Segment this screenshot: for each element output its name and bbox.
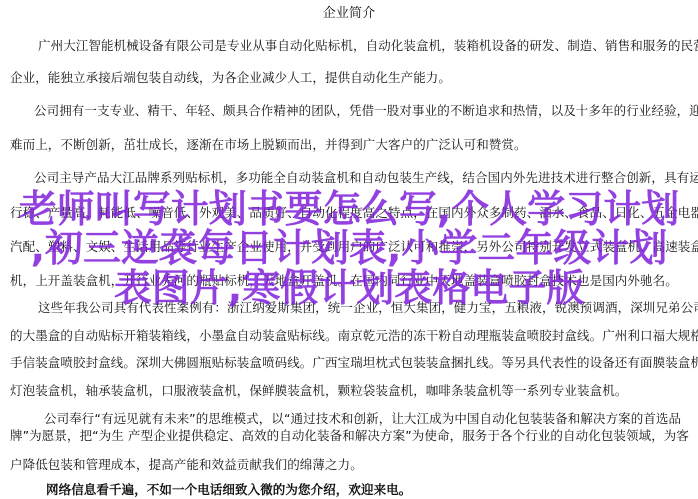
paragraph-line: 难而上，不断创新，茁壮成长，逐渐在市场上脱颖而出，并得到广大客户的广泛认可和赞赏… — [10, 137, 527, 153]
paragraph-line: 户降低包装和管理成本，提高产能和效益贡献我们的绵薄之力。 — [10, 457, 363, 473]
paragraph-line: 广州大江智能机械设备有限公司是专业从事自动化贴标机，自动化装盒机，装箱机设备的研… — [38, 38, 698, 54]
watermark-overlay-line-2: ,初三逆袭每日计划表,小学二年级计划 — [0, 227, 698, 269]
paragraph-line: 公司拥有一支专业、精干、年轻、颇具合作精神的团队，凭借一股对事业的不断追求和热情… — [34, 103, 698, 119]
paragraph-line: 企业，能独立承接后端包装自动线，为各企业减少人工，提供自动化生产能力。 — [10, 70, 451, 86]
paragraph-line: 灯泡装盒机，轴承装盒机，口服液装盒机，保鲜膜装盒机，颗粒袋装盒机，咖啡条装盒机等… — [10, 383, 627, 399]
contact-invitation: 网络信息看千遍，不如一个电话细致入微的为您介绍，欢迎来电。 — [46, 482, 411, 498]
paragraph-line: 牌”为愿景，把“为生 产型企业提供稳定、高效的自动化装备和解决方案”为使命，服务… — [10, 428, 689, 444]
paragraph-line: 公司主导产品大江品牌系列贴标机，多功能全自动装盒机和自动包装生产线，结合国内外先… — [34, 170, 698, 186]
watermark-overlay-line-3: 表图片,寒假计划表格电子版 — [0, 267, 698, 309]
paragraph-line: 手信装盒喷胶封盒线。深圳大佛圆瓶贴标装盒喷码线。广西宝瑞坦枕式包装装盒捆扎线。等… — [10, 355, 698, 371]
paragraph-line: 的大墨盒的自动贴标开箱装箱线，小墨盒自动装盒贴标线。南京乾元浩的冻干粉自动理瓶装… — [10, 328, 698, 344]
watermark-overlay-line-1: 老师叫写计划书要怎么写,个人学习计划 — [0, 188, 698, 230]
paragraph-line: 公司奉行“有远见就有未来”的思维模式，以“通过技术和创新，让大江成为中国自动化包… — [44, 411, 681, 427]
page-title: 企业简介 — [0, 6, 698, 22]
